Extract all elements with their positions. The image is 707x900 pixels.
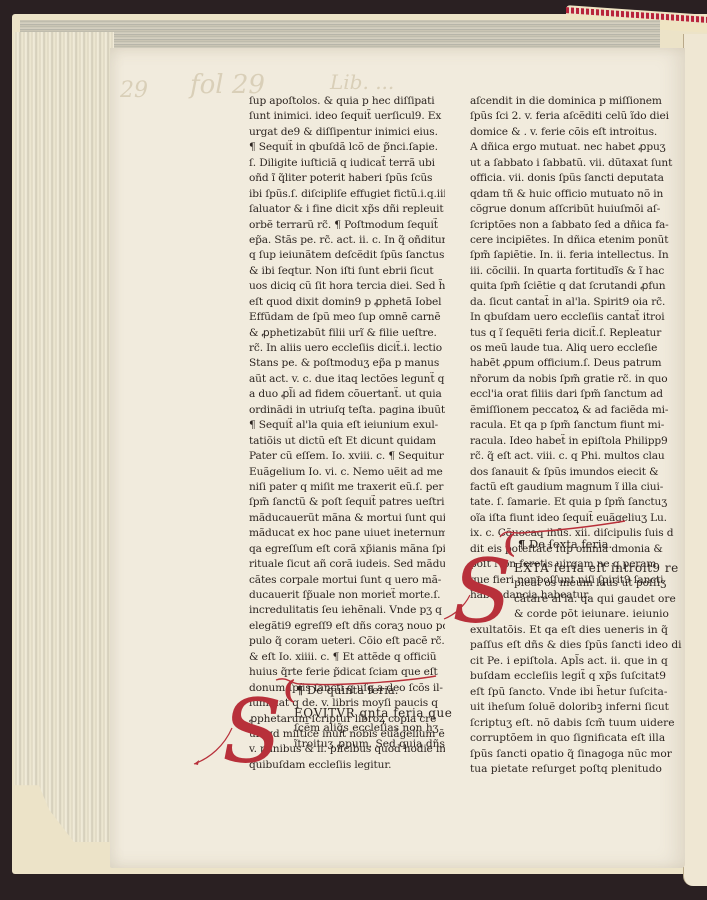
text-line: ſ. Diligite iuſticiã q iudicat̃ terrã ub… bbox=[249, 156, 445, 171]
text-line: domice & . v. ferie cõis eſt introitus. bbox=[470, 125, 680, 140]
text-line: racula. Ideo habet̃ in epiſtola Philipp9 bbox=[470, 434, 680, 449]
text-line: os meũ laude tua. Aliq uero eccleſie bbox=[470, 341, 680, 356]
text-line: da. ſicut cantat̃ in al'la. Spirit9 oia … bbox=[470, 295, 680, 310]
text-line: tatiõis ut dictũ eſt Et dicunt quidam bbox=[249, 434, 445, 449]
text-line: officia. vii. donis ſpũs ſancti deputata bbox=[470, 171, 680, 186]
text-line: ¶ Sequit̃ in qbuſdã lcõ de p̃nci.ſapie. bbox=[249, 140, 445, 155]
text-line: quita ſpm̃ ſciẽtie q dat ſcrutandi ꝓfun bbox=[470, 279, 680, 294]
text-line: ſcriptuʒ eſt. nõ dabis ſcm̃ tuum uidere bbox=[470, 716, 682, 731]
text-line: urgat de9 & diſſipentur inimici eius. bbox=[249, 125, 445, 140]
text-line: qdam tñ & huic officio mutuato nõ in bbox=[470, 187, 680, 202]
text-line: tua pietate reſurget poſtq plenitudo bbox=[470, 762, 682, 777]
text-line: qa egreſſum eſt corã xp̃ianis mãna ſpi bbox=[249, 542, 445, 557]
text-line: & ꝓphetizabũt filii urĩ & filie ueſtre. bbox=[249, 326, 445, 341]
text-line: nr̃orum da nobis ſpm̃ gratie rc̃. in quo bbox=[470, 372, 680, 387]
text-line: & eſt Io. xiiii. c. ¶ Et attẽde q offici… bbox=[249, 650, 445, 665]
text-line: aũt act. v. c. due itaq lectões legunt̃ … bbox=[249, 372, 445, 387]
text-line: tus q ĩ ſequẽti feria dicit̃.ſ. Repleatu… bbox=[470, 326, 680, 341]
text-line: eccl'ia orat filiis dari ſpm̃ ſanctum ad bbox=[470, 387, 680, 402]
text-line: ẽmiſſionem peccatoꝝ & ad faciẽda mi- bbox=[470, 403, 680, 418]
text-line: elegãti9 egreſſ9 eſt dñs coraʒ nouo po bbox=[249, 619, 445, 634]
text-line: & ibi ſeqtur. Non iſti ſunt ebrii ſicut bbox=[249, 264, 445, 279]
text-line: Stans pe. & poſtmoduʒ ep̃a p manus bbox=[249, 356, 445, 371]
text-line: rituale ſicut añ corã iudeis. Sed mãdu bbox=[249, 557, 445, 572]
text-line: ordinãdi in utriuſq teſta. pagina ibuũt bbox=[249, 403, 445, 418]
text-line: ut a ſabbato i ſabbatũ. vii. dũtaxat ſun… bbox=[470, 156, 680, 171]
text-line: exultatõis. Et qa eſt dies ueneris in q̃ bbox=[470, 623, 682, 638]
text-line: q ſup ieiunãtem deſcẽdit ſpũs ſanctus bbox=[249, 248, 445, 263]
text-line: paſſus eſt dñs & dies ſpũs ſancti ideo d… bbox=[470, 638, 682, 653]
text-line: ſunt inimici. ideo ſequit̃ uerſicul9. Ex bbox=[249, 109, 445, 124]
facing-page-edge bbox=[683, 34, 707, 886]
text-line: rc̃. In aliis uero eccleſiis dicit̃.i. l… bbox=[249, 341, 445, 356]
text-line: uit iheſum ſoluẽ doloribꝫ inferni ſicut bbox=[470, 700, 682, 715]
text-line: pulo q̃ coram ueteri. Cõio eſt pacẽ rc̃. bbox=[249, 634, 445, 649]
text-line: buſdam eccleſiis legit̃ q xp̃s ſuſcitat9 bbox=[470, 669, 682, 684]
text-line: In qbuſdam uero eccleſiis cantat̃ itroi bbox=[470, 310, 680, 325]
text-line: iii. cõcilii. In quarta fortitudĩs & ĩ h… bbox=[470, 264, 680, 279]
text-line: tate. ſ. ſamarie. Et quia p ſpm̃ ſanctuʒ bbox=[470, 495, 680, 510]
text-line: cit Pe. i epiſtola. Apl̃s act. ii. que i… bbox=[470, 654, 682, 669]
section-text-sexta-indented: EXTA feria eſt introit9 re pleat̃ os meu… bbox=[514, 561, 679, 623]
text-line: Effũdam de ſpũ meo ſup omnẽ carnẽ bbox=[249, 310, 445, 325]
text-line: mãducauerũt mãna & mortui ſunt qui bbox=[249, 511, 445, 526]
pencil-mark-left: 29 bbox=[120, 78, 148, 103]
text-line: ep̃a. Stãs pe. rc̃. act. ii. c. In q̃ oñ… bbox=[249, 233, 445, 248]
text-line: eſt quod dixit domin9 p ꝓphetã Iobel bbox=[249, 295, 445, 310]
section-text-quinta: EQVITVR qnta feria que ſcẽm aliq̃s eccle… bbox=[294, 706, 452, 752]
text-line: ſup apoſtolos. & quia p hec diſſipati bbox=[249, 94, 445, 109]
text-line: ibi ſpũs.ſ. diſcipliſe effugiet fictũ.i.… bbox=[249, 187, 445, 202]
text-line: incredulitatis ſeu iehẽnali. Vnde pʒ q bbox=[249, 603, 445, 618]
text-line: ſpũs ſci 2. v. feria aſcẽditi celũ ĩdo d… bbox=[470, 109, 680, 124]
text-line: orbẽ terrarũ rc̃. ¶ Poſtmodum ſequit̃ bbox=[249, 218, 445, 233]
text-line: Euãgelium Io. vi. c. Nemo uẽit ad me bbox=[249, 465, 445, 480]
text-line: cãtes corpale mortui ſunt q uero mã- bbox=[249, 573, 445, 588]
text-line: cere incipiẽtes. In dñica etenim ponũt bbox=[470, 233, 680, 248]
text-line: rc̃. q̃ eſt act. viii. c. q Phi. multos … bbox=[470, 449, 680, 464]
text-line: habẽt ꝓpum officium.ſ. Deus patrum bbox=[470, 356, 680, 371]
text-line: corruptõem in quo ſignificata eſt illa bbox=[470, 731, 682, 746]
text-line: aſcendit in die dominica p miſſionem bbox=[470, 94, 680, 109]
section-text-sexta: exultatõis. Et qa eſt dies ueneris in q̃… bbox=[470, 623, 682, 777]
text-line: factũ eſt gaudium magnum ĩ illa ciui- bbox=[470, 480, 680, 495]
text-line: mãducat ex hoc pane uiuet ineternum bbox=[249, 526, 445, 541]
text-line: a duo ꝓl̃i ad fidem cõuertant̃. ut quia bbox=[249, 387, 445, 402]
text-line: A dñica ergo mutuat. nec habet ꝓpuʒ bbox=[470, 140, 680, 155]
text-line: ducauerit ſp̃uale non moriet̃ morte.ſ. bbox=[249, 588, 445, 603]
text-line: ſpm̃ ſanctũ & poſt ſequit̃ patres ueſtri bbox=[249, 495, 445, 510]
text-line: ſcriptões non a ſabbato ſed a dñica fa- bbox=[470, 218, 680, 233]
text-line: oñd ĩ q̃liter poterit haberi ſpũs ſcũs bbox=[249, 171, 445, 186]
pencil-mark-right: Lib. ... bbox=[330, 70, 394, 94]
text-line: ſaluator & i fine dicit xp̃s dñi repleui… bbox=[249, 202, 445, 217]
text-line: ſpũs ſancti opatio q̃ ſinagoga nũc mor bbox=[470, 747, 682, 762]
text-line: uos diciq cũ ſit hora tercia diei. Sed h… bbox=[249, 279, 445, 294]
top-page-edges bbox=[20, 20, 660, 49]
text-line: ¶ Sequit̃ al'la quia eſt ieiunium exul- bbox=[249, 418, 445, 433]
text-line: cõgrue donum aſſcribũt huiuſmõi aſ- bbox=[470, 202, 680, 217]
text-line: ſpm̃ ſapiẽtie. In. ii. feria intellectus… bbox=[470, 248, 680, 263]
text-line: dos ſanauit & ſpũs imundos eiecit & bbox=[470, 465, 680, 480]
left-page-edges bbox=[14, 32, 114, 842]
text-line: racula. Et qa p ſpm̃ ſanctum fiunt mi- bbox=[470, 418, 680, 433]
text-line: niſi pater q miſit me traxerit eũ.ſ. per bbox=[249, 480, 445, 495]
text-line: Pater cũ eſſem. Io. xviii. c. ¶ Sequitur bbox=[249, 449, 445, 464]
text-line: eſt ſpũ ſancto. Vnde ibi h̃etur ſuſcita- bbox=[470, 685, 682, 700]
